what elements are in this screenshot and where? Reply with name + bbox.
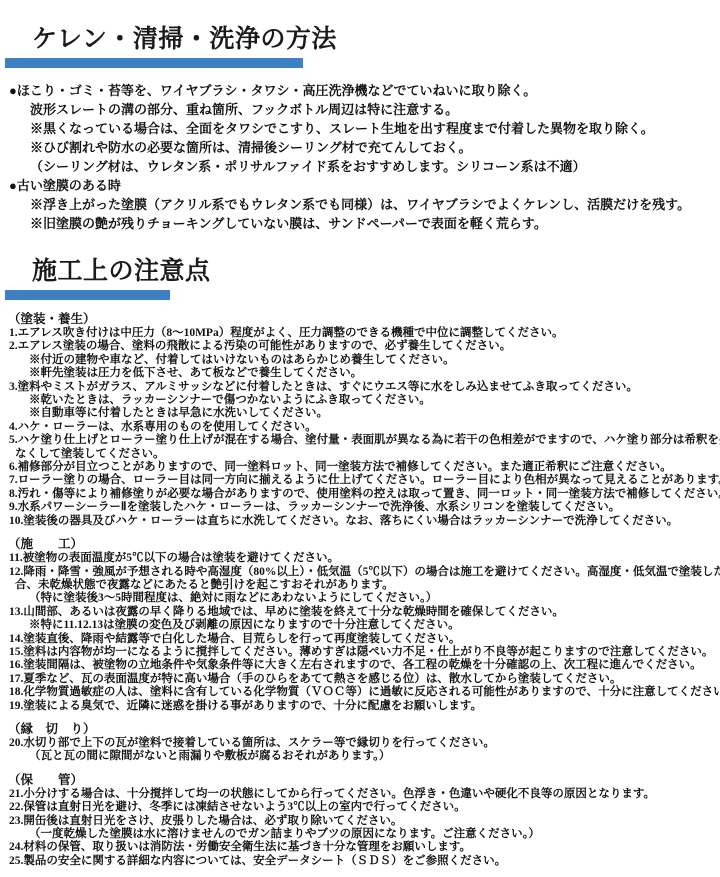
text-line: 16.塗装間隔は、被塗物の立地条件や気象条件等に大きく左右されますので、各工程の… <box>0 659 720 672</box>
section-cleaning: ケレン・清掃・洗浄の方法 ●ほこり・ゴミ・苔等を、ワイヤブラシ・タワシ・高圧洗浄… <box>0 24 720 233</box>
text-line: 20.水切り部で上下の瓦が塗料で接着している箇所は、スケラー等で縁切りを行ってく… <box>0 737 720 750</box>
text-line: 12.降雨・降雪・強風が予想される時や高湿度（80%以上）・低気温（5℃以下）の… <box>0 566 720 579</box>
text-line: 21.小分けする場合は、十分撹拌して均一の状態にしてから行ってください。色浮き・… <box>0 788 720 801</box>
text-line: ※浮き上がった塗膜（アクリル系でもウレタン系でも同様）は、ワイヤブラシでよくケレ… <box>0 195 720 214</box>
text-line: （一度乾燥した塗膜は水に溶けませんのでガン詰まりやブツの原因になります。ご注意く… <box>0 828 720 841</box>
text-line: 19.塗装による臭気で、近隣に迷惑を掛ける事がありますので、十分に配慮をお願いし… <box>0 700 720 713</box>
text-line: ●古い塗膜のある時 <box>0 176 720 195</box>
text-line: 18.化学物質過敏症の人は、塗料に含有している化学物質（ＶＯＣ等）に過敏に反応さ… <box>0 686 720 699</box>
section-precautions-title: 施工上の注意点 <box>32 256 720 286</box>
document-page: ケレン・清掃・洗浄の方法 ●ほこり・ゴミ・苔等を、ワイヤブラシ・タワシ・高圧洗浄… <box>0 0 720 877</box>
text-line: ※付近の建物や車など、付着してはいけないものはあらかじめ養生してください。 <box>0 354 720 367</box>
precaution-groups: （塗装・養生）1.エアレス吹き付けは中圧力（8～10MPa）程度がよく、圧力調整… <box>0 312 720 868</box>
text-line: 5.ハケ塗り仕上げとローラー塗り仕上げが混在する場合、塗付量・表面肌が異なる為に… <box>0 434 720 447</box>
text-line: 8.汚れ・傷等により補修塗りが必要な場合がありますので、使用塗料の控えは取って置… <box>0 488 720 501</box>
title-underline-bar <box>5 290 170 300</box>
text-line: なくして塗装してください。 <box>0 448 720 461</box>
group-heading: （塗装・養生） <box>0 312 720 327</box>
precaution-group: （塗装・養生）1.エアレス吹き付けは中圧力（8～10MPa）程度がよく、圧力調整… <box>0 312 720 528</box>
text-line: ※軒先塗装は圧力を低下させ、あて板などで養生してください。 <box>0 367 720 380</box>
group-heading: （縁 切 り） <box>0 722 720 737</box>
text-line: ※乾いたときは、ラッカーシンナーで傷つかないようにふき取ってください。 <box>0 394 720 407</box>
precaution-group: （保 管）21.小分けする場合は、十分撹拌して均一の状態にしてから行ってください… <box>0 773 720 868</box>
group-heading: （施 工） <box>0 537 720 552</box>
text-line: 25.製品の安全に関する詳細な内容については、安全データシート（ＳＤＳ）をご参照… <box>0 855 720 868</box>
text-line: ※黒くなっている場合は、全面をタワシでこすり、スレート生地を出す程度まで付着した… <box>0 119 720 138</box>
text-line: 1.エアレス吹き付けは中圧力（8～10MPa）程度がよく、圧力調整のできる機種で… <box>0 327 720 340</box>
title-underline-bar <box>5 58 303 68</box>
text-line: 9.水系パワーシーラーⅡを塗装したハケ・ローラーは、ラッカーシンナーで洗浄後、水… <box>0 501 720 514</box>
text-line: （特に塗装後3～5時間程度は、絶対に雨などにあわないようにしてください。） <box>0 592 720 605</box>
section-precautions: 施工上の注意点 （塗装・養生）1.エアレス吹き付けは中圧力（8～10MPa）程度… <box>0 256 720 868</box>
text-line: 14.塗装直後、降雨や結露等で白化した場合、目荒らしを行って再度塗装してください… <box>0 633 720 646</box>
text-line: ※自動車等に付着したときは早急に水洗いしてください。 <box>0 407 720 420</box>
text-line: 13.山間部、あるいは夜露の早く降りる地域では、早めに塗装を終えて十分な乾燥時間… <box>0 606 720 619</box>
text-line: （瓦と瓦の間に隙間がないと雨漏りや敷板が腐るおそれがあります。） <box>0 750 720 763</box>
text-line: 17.夏季など、瓦の表面温度が特に高い場合（手のひらをあてて熱さを感じる位）は、… <box>0 673 720 686</box>
text-line: ●ほこり・ゴミ・苔等を、ワイヤブラシ・タワシ・高圧洗浄機などでていねいに取り除く… <box>0 81 720 100</box>
text-line: 7.ローラー塗りの場合、ローラー目は同一方向に揃えるように仕上げてください。ロー… <box>0 474 720 487</box>
text-line: 22.保管は直射日光を避け、冬季には凍結させないよう3℃以上の室内で行ってくださ… <box>0 801 720 814</box>
text-line: 10.塗装後の器具及びハケ・ローラーは直ちに水洗してください。なお、落ちにくい場… <box>0 515 720 528</box>
text-line: 6.補修部分が目立つことがありますので、同一塗料ロット、同一塗装方法で補修してく… <box>0 461 720 474</box>
text-line: 23.開缶後は直射日光をさけ、皮張りした場合は、必ず取り除いてください。 <box>0 815 720 828</box>
group-heading: （保 管） <box>0 773 720 788</box>
text-line: 15.塗料は内容物が均一になるように撹拌してください。薄めすぎは隠ぺい力不足・仕… <box>0 646 720 659</box>
precaution-group: （縁 切 り）20.水切り部で上下の瓦が塗料で接着している箇所は、スケラー等で縁… <box>0 722 720 764</box>
text-line: 3.塗料やミストがガラス、アルミサッシなどに付着したときは、すぐにウエス等に水を… <box>0 381 720 394</box>
text-line: 2.エアレス塗装の場合、塗料の飛散による汚染の可能性がありますので、必ず養生して… <box>0 340 720 353</box>
text-line: 11.被塗物の表面温度が5℃以下の場合は塗装を避けてください。 <box>0 552 720 565</box>
text-line: 波形スレートの溝の部分、重ね箇所、フックボトル周辺は特に注意する。 <box>0 100 720 119</box>
cleaning-lines: ●ほこり・ゴミ・苔等を、ワイヤブラシ・タワシ・高圧洗浄機などでていねいに取り除く… <box>0 81 720 233</box>
text-line: ※特に11.12.13は塗膜の変色及び剥離の原因になりますので十分注意してくださ… <box>0 619 720 632</box>
text-line: ※ひび割れや防水の必要な箇所は、清掃後シーリング材で充てんしておく。 <box>0 138 720 157</box>
precaution-group: （施 工）11.被塗物の表面温度が5℃以下の場合は塗装を避けてください。12.降… <box>0 537 720 713</box>
section-cleaning-title: ケレン・清掃・洗浄の方法 <box>32 24 720 54</box>
text-line: 合、未乾燥状態で夜露などにあたると艶引けを起こすおそれがあります。 <box>0 579 720 592</box>
text-line: 24.材料の保管、取り扱いは消防法・労働安全衛生法に基づき十分な管理をお願いしま… <box>0 841 720 854</box>
text-line: ※旧塗膜の艶が残りチョーキングしていない膜は、サンドペーパーで表面を軽く荒らす。 <box>0 214 720 233</box>
text-line: （シーリング材は、ウレタン系・ポリサルファイド系をおすすめします。シリコーン系は… <box>0 157 720 176</box>
text-line: 4.ハケ・ローラーは、水系専用のものを使用してください。 <box>0 421 720 434</box>
